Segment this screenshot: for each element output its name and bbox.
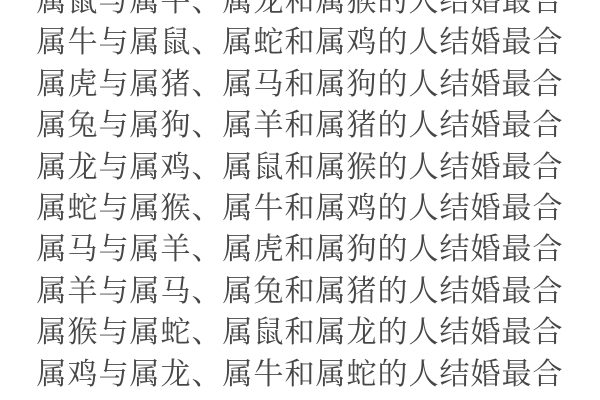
text-line: 属羊与属马、属兔和属猪的人结婚最合 <box>0 271 600 312</box>
text-line: 属鼠与属牛、属龙和属猴的人结婚最合 <box>0 0 600 22</box>
text-line: 属龙与属鸡、属鼠和属猴的人结婚最合 <box>0 147 600 188</box>
text-line: 属虎与属猪、属马和属狗的人结婚最合 <box>0 64 600 105</box>
zodiac-compatibility-text-block: 属鼠与属牛、属龙和属猴的人结婚最合 属牛与属鼠、属蛇和属鸡的人结婚最合 属虎与属… <box>0 0 600 395</box>
text-line: 属蛇与属猴、属牛和属鸡的人结婚最合 <box>0 188 600 229</box>
text-line: 属兔与属狗、属羊和属猪的人结婚最合 <box>0 105 600 146</box>
text-line: 属马与属羊、属虎和属狗的人结婚最合 <box>0 229 600 270</box>
text-line: 属鸡与属龙、属牛和属蛇的人结婚最合 <box>0 354 600 395</box>
text-line: 属猴与属蛇、属鼠和属龙的人结婚最合 <box>0 312 600 353</box>
text-line: 属牛与属鼠、属蛇和属鸡的人结婚最合 <box>0 22 600 63</box>
